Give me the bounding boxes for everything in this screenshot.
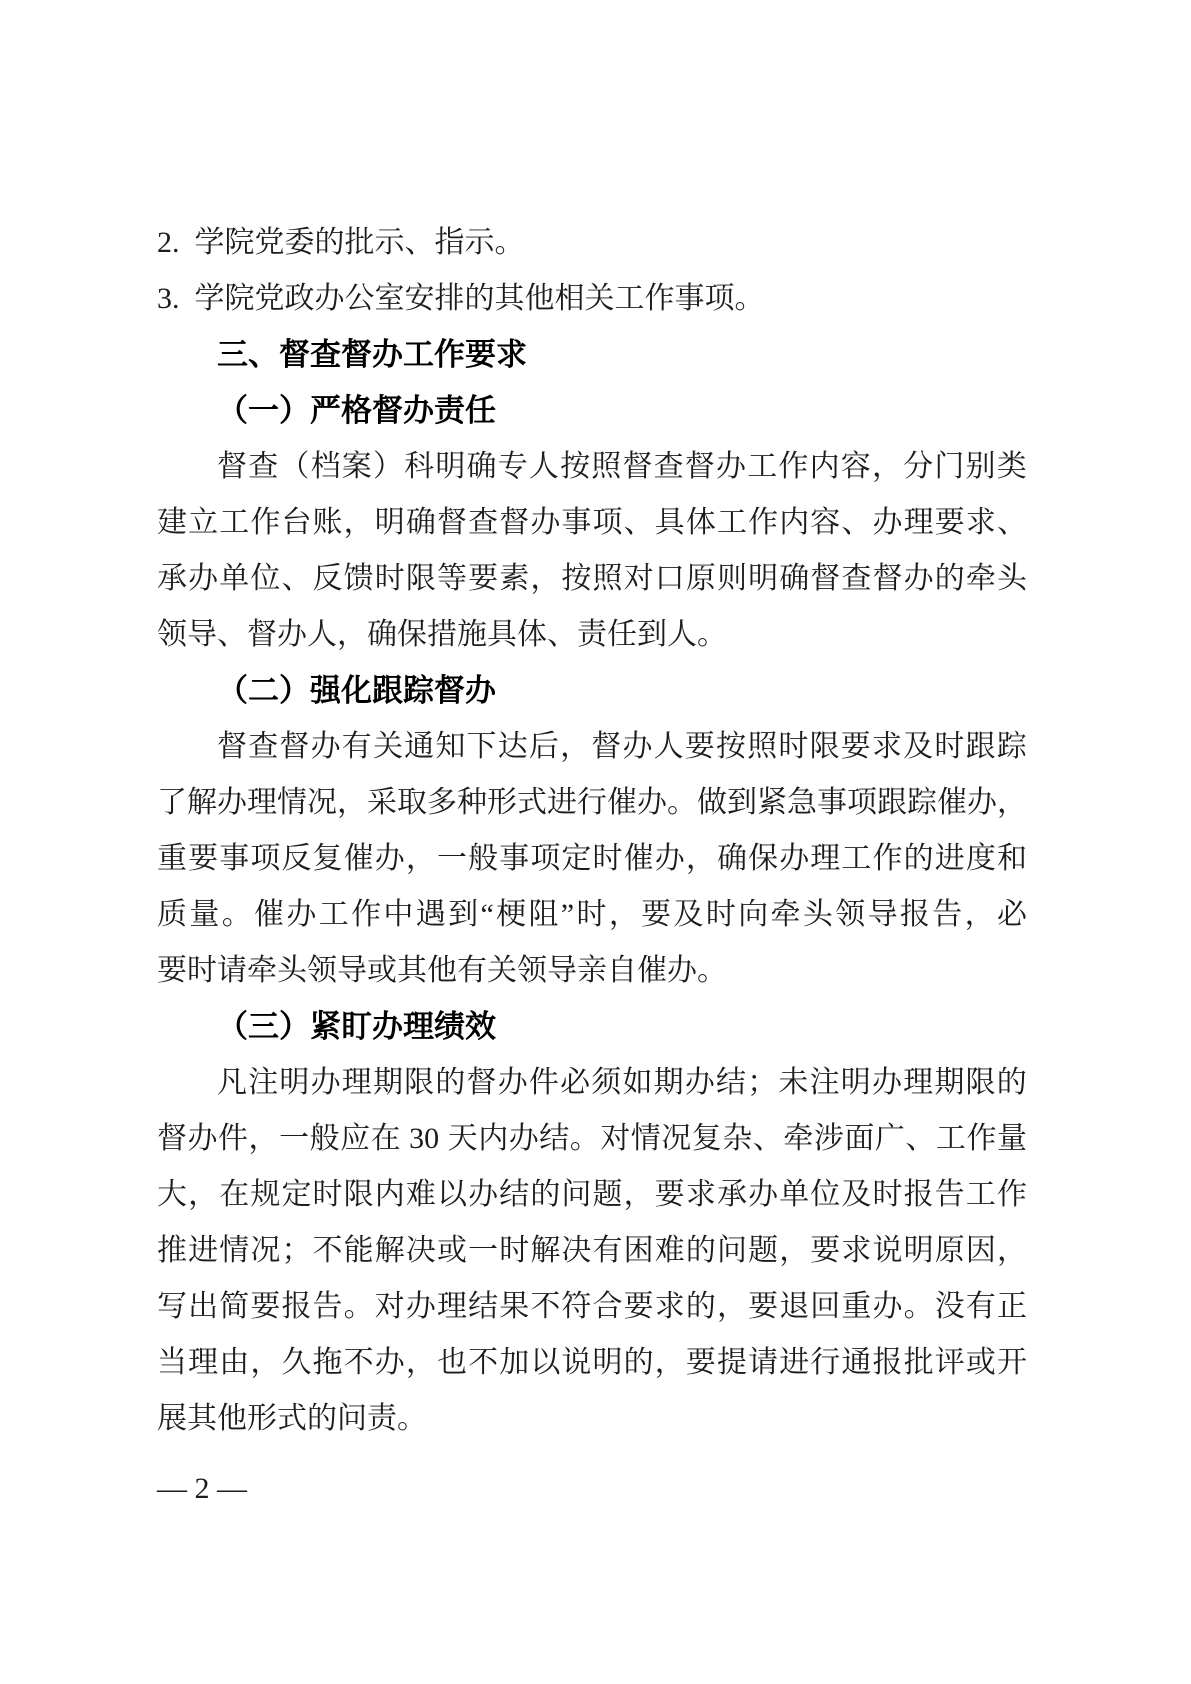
paragraph-3-line-2: 督办件，一般应在 30 天内办结。对情况复杂、牵涉面广、工作量 [157, 1111, 1027, 1167]
list-item-2: 2. 学院党委的批示、指示。 [157, 215, 1027, 271]
paragraph-3-line-5: 写出简要报告。对办理结果不符合要求的，要退回重办。没有正 [157, 1279, 1027, 1335]
paragraph-2-line-5: 要时请牵头领导或其他有关领导亲自催办。 [157, 943, 1027, 999]
paragraph-3-line-4: 推进情况；不能解决或一时解决有困难的问题，要求说明原因， [157, 1223, 1027, 1279]
page-number: — 2 — [157, 1461, 247, 1517]
paragraph-3-line-3: 大，在规定时限内难以办结的问题，要求承办单位及时报告工作 [157, 1167, 1027, 1223]
paragraph-2-line-3: 重要事项反复催办，一般事项定时催办，确保办理工作的进度和 [157, 831, 1027, 887]
paragraph-3-line-6: 当理由，久拖不办，也不加以说明的，要提请进行通报批评或开 [157, 1335, 1027, 1391]
paragraph-2-line-1: 督查督办有关通知下达后，督办人要按照时限要求及时跟踪 [157, 719, 1027, 775]
paragraph-1-line-2: 建立工作台账，明确督查督办事项、具体工作内容、办理要求、 [157, 495, 1027, 551]
document-body: 2. 学院党委的批示、指示。 3. 学院党政办公室安排的其他相关工作事项。 三、… [157, 215, 1027, 1447]
paragraph-1-line-3: 承办单位、反馈时限等要素，按照对口原则明确督查督办的牵头 [157, 551, 1027, 607]
subsection-2-heading: （二）强化跟踪督办 [157, 663, 1027, 719]
section-heading: 三、督查督办工作要求 [157, 327, 1027, 383]
paragraph-3-line-1: 凡注明办理期限的督办件必须如期办结；未注明办理期限的 [157, 1055, 1027, 1111]
subsection-1-heading: （一）严格督办责任 [157, 383, 1027, 439]
paragraph-3-line-7: 展其他形式的问责。 [157, 1391, 1027, 1447]
document-page: 2. 学院党委的批示、指示。 3. 学院党政办公室安排的其他相关工作事项。 三、… [0, 0, 1191, 1684]
paragraph-1-line-1: 督查（档案）科明确专人按照督查督办工作内容，分门别类 [157, 439, 1027, 495]
list-item-3: 3. 学院党政办公室安排的其他相关工作事项。 [157, 271, 1027, 327]
paragraph-1-line-4: 领导、督办人，确保措施具体、责任到人。 [157, 607, 1027, 663]
paragraph-2-line-4: 质量。催办工作中遇到“梗阻”时，要及时向牵头领导报告，必 [157, 887, 1027, 943]
paragraph-2-line-2: 了解办理情况，采取多种形式进行催办。做到紧急事项跟踪催办， [157, 775, 1027, 831]
subsection-3-heading: （三）紧盯办理绩效 [157, 999, 1027, 1055]
